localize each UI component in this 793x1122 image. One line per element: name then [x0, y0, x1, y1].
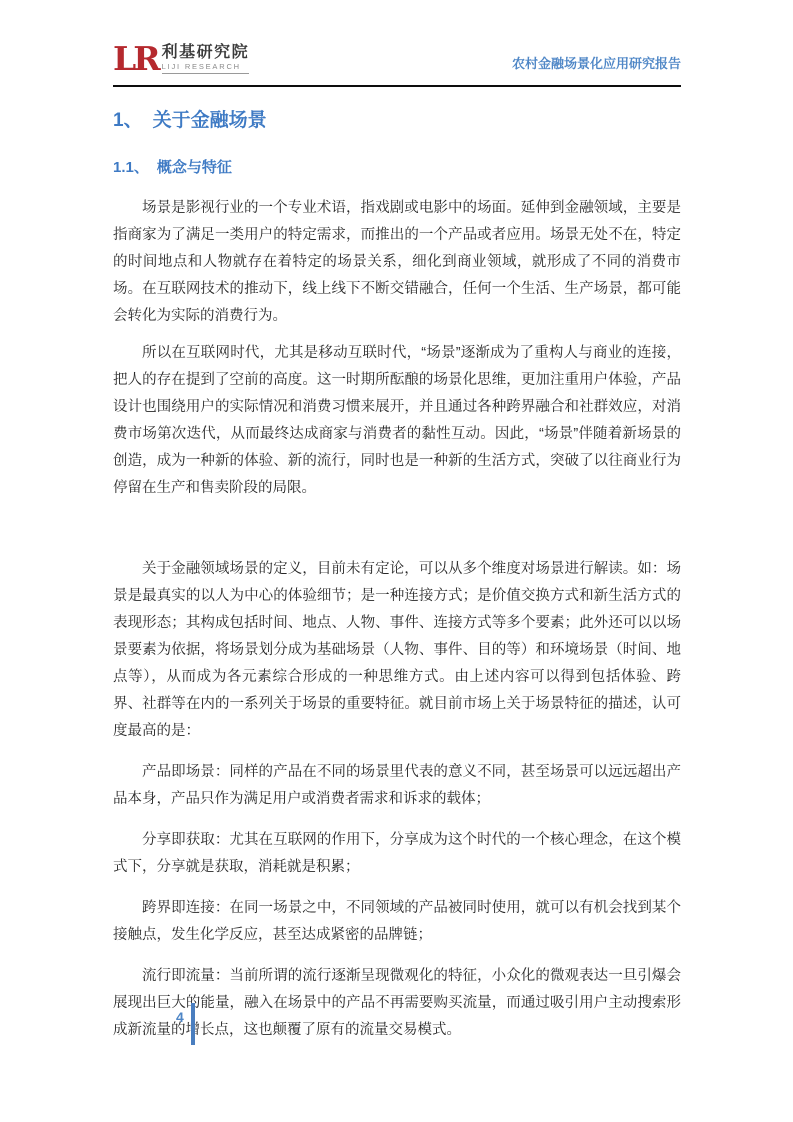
body-paragraph: 产品即场景：同样的产品在不同的场景里代表的意义不同，甚至场景可以远远超出产品本身…: [113, 759, 681, 813]
body-paragraph: 流行即流量：当前所谓的流行逐渐呈现微观化的特征，小众化的微观表达一旦引爆会展现出…: [113, 963, 681, 1044]
subsection-heading-text: 概念与特征: [157, 159, 232, 176]
report-page: LR 利基研究院 LIJI RESEARCH 农村金融场景化应用研究报告 1、关…: [0, 0, 793, 1122]
page-content: LR 利基研究院 LIJI RESEARCH 农村金融场景化应用研究报告 1、关…: [113, 0, 681, 1044]
report-header-title: 农村金融场景化应用研究报告: [512, 56, 681, 74]
section-heading: 1、关于金融场景: [113, 108, 681, 134]
logo-names: 利基研究院 LIJI RESEARCH: [162, 44, 250, 74]
page-header: LR 利基研究院 LIJI RESEARCH 农村金融场景化应用研究报告: [113, 0, 681, 74]
page-footer: 4: [176, 1003, 195, 1045]
page-number: 4: [176, 1009, 184, 1025]
logo-lr-monogram-icon: LR: [113, 44, 158, 74]
body-paragraph: 关于金融领域场景的定义，目前未有定论，可以从多个维度对场景进行解读。如：场景是最…: [113, 556, 681, 745]
body-text: 场景是影视行业的一个专业术语，指戏剧或电影中的场面。延伸到金融领域，主要是指商家…: [113, 195, 681, 1044]
liji-research-logo: LR 利基研究院 LIJI RESEARCH: [113, 44, 249, 74]
body-paragraph: 跨界即连接：在同一场景之中，不同领域的产品被同时使用，就可以有机会找到某个接触点…: [113, 895, 681, 949]
subsection-heading-number: 1.1、: [113, 159, 149, 176]
section-heading-text: 关于金融场景: [153, 110, 267, 131]
body-paragraph: 分享即获取：尤其在互联网的作用下，分享成为这个时代的一个核心理念，在这个模式下，…: [113, 827, 681, 881]
footer-accent-bar: [191, 1003, 195, 1045]
logo-name-english: LIJI RESEARCH: [162, 62, 250, 74]
section-heading-number: 1、: [113, 110, 143, 131]
header-divider: [113, 85, 681, 87]
body-paragraph: 场景是影视行业的一个专业术语，指戏剧或电影中的场面。延伸到金融领域，主要是指商家…: [113, 195, 681, 330]
body-paragraph: 所以在互联网时代，尤其是移动互联时代，“场景”逐渐成为了重构人与商业的连接，把人…: [113, 340, 681, 502]
logo-name-chinese: 利基研究院: [162, 44, 250, 62]
subsection-heading: 1.1、概念与特征: [113, 158, 681, 178]
